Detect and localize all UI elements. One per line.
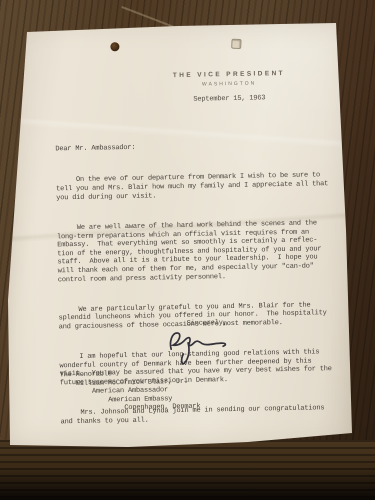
letter-paragraph: We are well aware of the hard work behin… [57,219,330,284]
photo-of-letter: THE VICE PRESIDENT WASHINGTON September … [0,0,375,500]
punch-hole-right [231,39,241,49]
letterhead: THE VICE PRESIDENT WASHINGTON September … [173,70,286,104]
letterhead-title: THE VICE PRESIDENT [173,70,285,79]
letterhead-subtitle: WASHINGTON [173,80,285,88]
letter-date: September 15, 1963 [173,94,285,104]
letter-content: THE VICE PRESIDENT WASHINGTON September … [4,17,356,452]
recipient-block: The Honorable William McCormick Blair, J… [60,369,201,415]
letter-paper: THE VICE PRESIDENT WASHINGTON September … [8,20,352,448]
wood-table-edge [0,440,375,500]
signature [166,325,231,366]
salutation: Dear Mr. Ambassador: [55,140,327,154]
letter-paragraph: On the eve of our departure from Denmark… [56,172,328,203]
punch-hole-left [110,42,119,51]
